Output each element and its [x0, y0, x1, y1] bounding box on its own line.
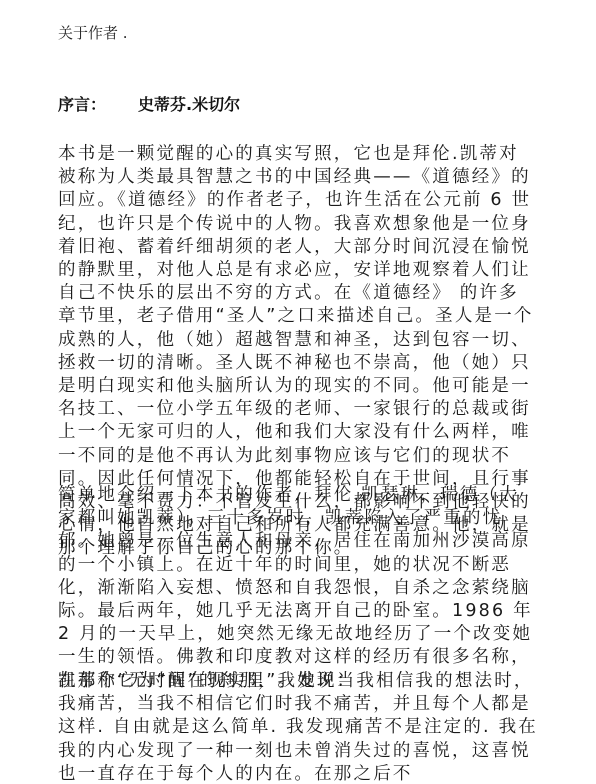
- preface-heading: 序言：史蒂芬.米切尔: [58, 95, 240, 115]
- paragraph-author-bio: 简单地介绍一下本书的作者，拜伦.凯瑟琳，瑞德（大家都叫她凯蒂）。三十多岁时，凯蒂…: [58, 484, 538, 693]
- about-author-heading: 关于作者 .: [58, 24, 128, 42]
- preface-label: 序言：: [58, 95, 106, 114]
- preface-author: 史蒂芬.米切尔: [138, 95, 240, 114]
- document-page: 关于作者 . 序言：史蒂芬.米切尔 本书是一颗觉醒的心的真实写照，它也是拜伦.凯…: [0, 0, 596, 784]
- paragraph-quote: 在那个“无时间”的刹那，我发现当我相信我的想法时，我痛苦，当我不相信它们时我不痛…: [58, 670, 538, 784]
